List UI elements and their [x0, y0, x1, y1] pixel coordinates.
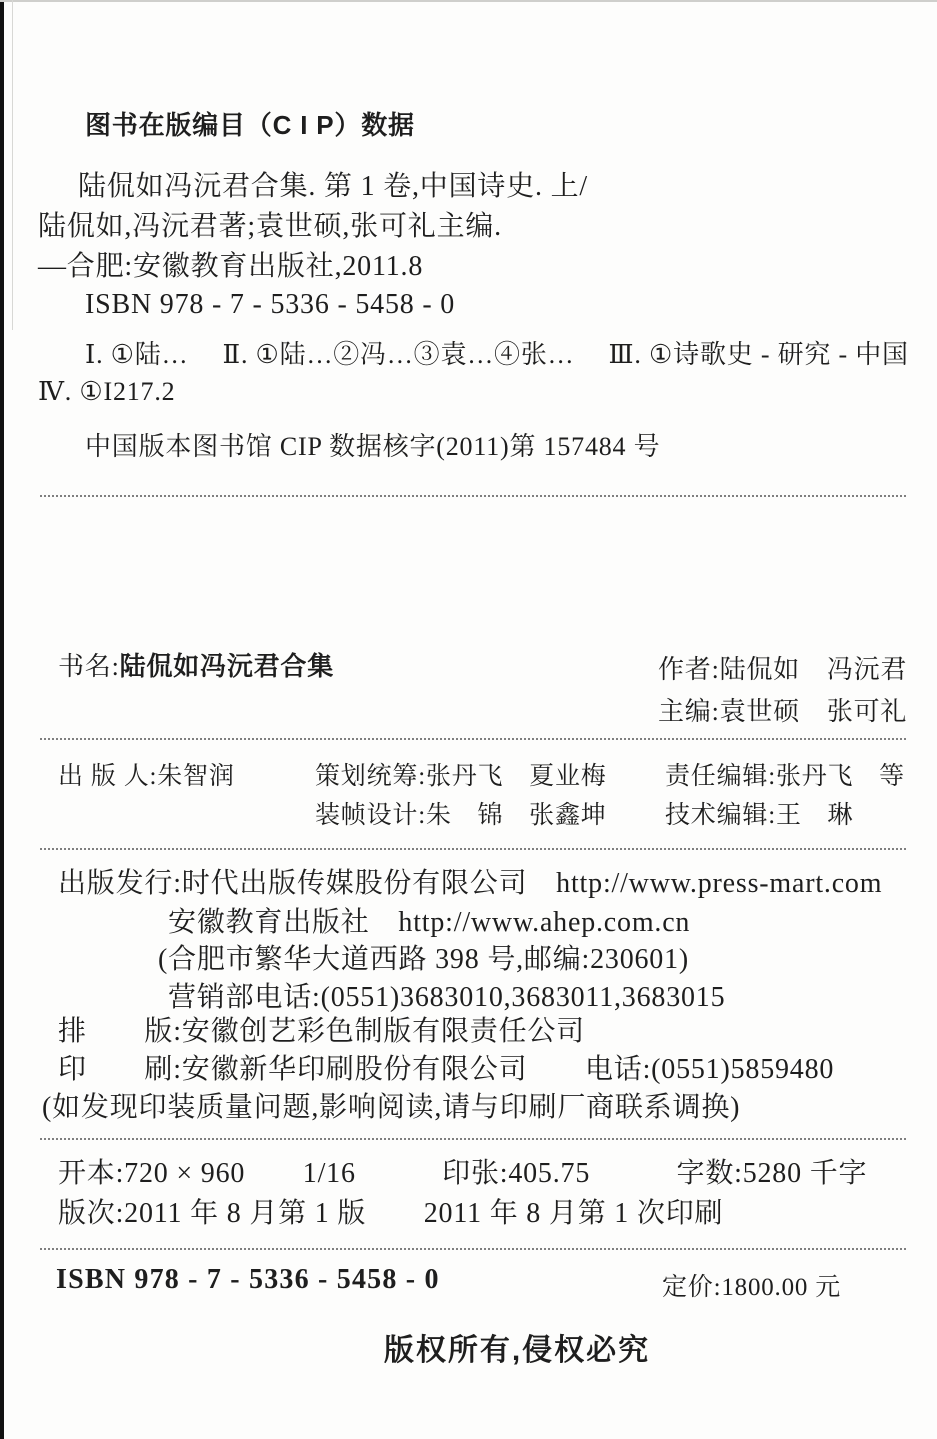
scan-edge-artifact-top: [0, 0, 937, 2]
divider-dotted-5: [40, 1248, 906, 1250]
divider-dotted-2: [40, 738, 906, 740]
footer-isbn: ISBN 978 - 7 - 5336 - 5458 - 0: [56, 1264, 440, 1296]
cip-entry-line-2: 陆侃如,冯沅君著;袁世硕,张可礼主编.: [38, 211, 502, 243]
book-title-value: 陆侃如冯沅君合集: [120, 651, 334, 681]
marketing-phone-line: 营销部电话:(0551)3683010,3683011,3683015: [168, 982, 725, 1014]
cip-classification-line-1: Ⅰ. ①陆… Ⅱ. ①陆…②冯…③袁…④张… Ⅲ. ①诗歌史 - 研究 - 中国: [85, 340, 909, 370]
editors-line: 主编:袁世硕 张可礼: [658, 697, 907, 727]
scan-edge-artifact-left: [0, 0, 4, 1439]
printing-company-line: 印 刷:安徽新华印刷股份有限公司 电话:(0551)5859480: [58, 1054, 834, 1086]
cip-record-number: 中国版本图书馆 CIP 数据核字(2011)第 157484 号: [85, 432, 660, 462]
copyright-notice: 版权所有,侵权必究: [97, 1334, 937, 1369]
cip-classification-line-2: Ⅳ. ①I217.2: [38, 377, 175, 407]
authors-line: 作者:陆侃如 冯沅君: [658, 655, 907, 685]
edition-printing-line: 版次:2011 年 8 月第 1 版 2011 年 8 月第 1 次印刷: [58, 1198, 723, 1230]
press-address-line: (合肥市繁华大道西路 398 号,邮编:230601): [158, 944, 689, 976]
print-quality-note: (如发现印装质量问题,影响阅读,请与印刷厂商联系调换): [42, 1092, 740, 1124]
press-website-line: 安徽教育出版社 http://www.ahep.com.cn: [168, 907, 690, 939]
book-title-label: 书名:: [58, 652, 120, 681]
cip-isbn: ISBN 978 - 7 - 5336 - 5458 - 0: [85, 289, 455, 321]
technical-editor: 技术编辑:王 琳: [665, 802, 853, 831]
divider-dotted-1: [40, 495, 906, 497]
publisher-person: 出 版 人:朱智润: [58, 763, 235, 792]
divider-dotted-3: [40, 848, 906, 850]
price-line: 定价:1800.00 元: [662, 1274, 841, 1303]
scan-line-artifact: [12, 0, 13, 330]
responsible-editor: 责任编辑:张丹飞 等: [665, 763, 905, 792]
cip-header: 图书在版编目（C I P）数据: [85, 111, 415, 141]
typesetting-company-line: 排 版:安徽创艺彩色制版有限责任公司: [58, 1016, 585, 1048]
format-sheet-wordcount-line: 开本:720 × 960 1/16 印张:405.75 字数:5280 千字: [58, 1158, 867, 1190]
copyright-page: 图书在版编目（C I P）数据 陆侃如冯沅君合集. 第 1 卷,中国诗史. 上/…: [0, 0, 937, 1439]
book-title-line: 书名:陆侃如冯沅君合集: [58, 652, 334, 682]
binding-designers: 装帧设计:朱 锦 张鑫坤: [315, 802, 607, 831]
cip-entry-line-3: —合肥:安徽教育出版社,2011.8: [38, 251, 423, 283]
cip-entry-line-1: 陆侃如冯沅君合集. 第 1 卷,中国诗史. 上/: [78, 171, 588, 203]
publisher-distribution-line: 出版发行:时代出版传媒股份有限公司 http://www.press-mart.…: [58, 868, 882, 900]
planning-coordinators: 策划统筹:张丹飞 夏业梅: [315, 763, 607, 792]
divider-dotted-4: [40, 1138, 906, 1140]
